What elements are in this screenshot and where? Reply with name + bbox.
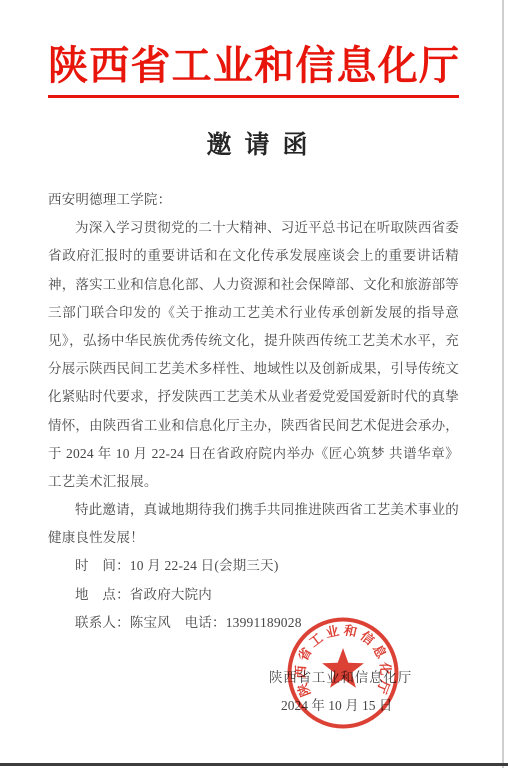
- scan-edge-bottom: [0, 763, 508, 766]
- body-line: 省政府汇报时的重要讲话和在文化传承发展座谈会上的重要讲话精: [48, 242, 459, 270]
- star-icon: [322, 648, 364, 688]
- body-line: 工艺美术汇报展。: [48, 468, 459, 496]
- body-line: 健康良性发展！: [48, 524, 459, 552]
- scan-edge-right: [502, 0, 504, 768]
- body-line: 分展示陕西民间工艺美术多样性、地域性以及创新成果，引导传统文: [48, 355, 459, 383]
- body-line: 见》，弘扬中华民族优秀传统文化，提升陕西传统工艺美术水平，充: [48, 327, 459, 355]
- body-line: 情怀，由陕西省工业和信息化厅主办，陕西省民间艺术促进会承办，: [48, 412, 459, 440]
- event-location-line: 地 点：省政府大院内: [48, 581, 459, 609]
- body-line: 三部门联合印发的《关于推动工艺美术行业传承创新发展的指导意: [48, 299, 459, 327]
- letterhead-title: 陕西省工业和信息化厅: [48, 40, 459, 92]
- body-line: 于 2024 年 10 月 22-24 日在省政府院内举办《匠心筑梦 共谱华章》: [48, 440, 459, 468]
- event-time-line: 时 间：10 月 22-24 日(会期三天): [48, 552, 459, 580]
- letter-body: 西安明德理工学院： 为深入学习贯彻党的二十大精神、习近平总书记在听取陕西省委 省…: [48, 186, 459, 637]
- body-line: 神，落实工业和信息化部、人力资源和社会保障部、文化和旅游部等: [48, 271, 459, 299]
- body-line: 为深入学习贯彻党的二十大精神、习近平总书记在听取陕西省委: [48, 214, 459, 242]
- letterhead-divider: [48, 95, 459, 98]
- body-line: 化紧贴时代要求，抒发陕西工艺美术从业者爱党爱国爱新时代的真挚: [48, 383, 459, 411]
- invitation-letter-page: 陕西省工业和信息化厅 邀请函 西安明德理工学院： 为深入学习贯彻党的二十大精神、…: [0, 0, 508, 768]
- official-seal: 陕西省工业和信息化厅: [283, 612, 403, 732]
- body-line: 特此邀请，真诚地期待我们携手共同推进陕西省工艺美术事业的: [48, 496, 459, 524]
- salutation-line: 西安明德理工学院：: [48, 186, 459, 214]
- document-title: 邀请函: [58, 125, 469, 161]
